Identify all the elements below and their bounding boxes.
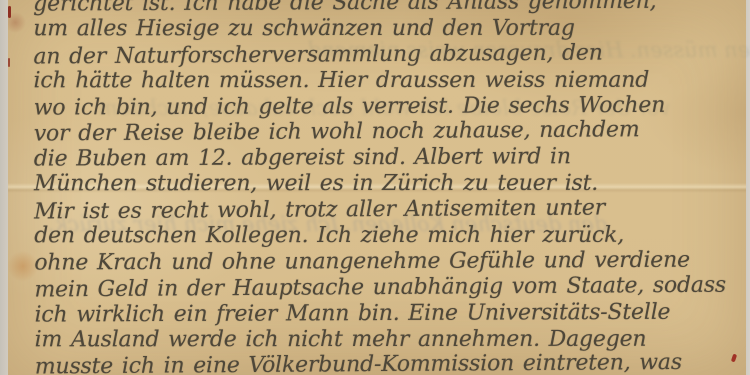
handwriting-line: ohne Krach und ohne unangenehme Gefühle … — [34, 247, 738, 276]
handwriting-line: um alles Hiesige zu schwänzen und den Vo… — [33, 16, 737, 43]
handwriting-line: mein Geld in der Hauptsache unabhängig v… — [34, 272, 738, 303]
handwriting-line: an der Naturforscherversammlung abzusage… — [33, 39, 737, 70]
handwriting-line: Mir ist es recht wohl, trotz aller Antis… — [34, 195, 738, 226]
handwriting-line: musste ich in eine Völkerbund-Kommission… — [35, 350, 739, 375]
handwriting-line: die Buben am 12. abgereist sind. Albert … — [34, 144, 738, 173]
handwriting-line: ich wirklich ein freier Mann bin. Eine U… — [35, 299, 739, 328]
red-ink-speck — [8, 58, 10, 67]
handwriting-block: gerichtet ist. Ich habe die Sache als An… — [33, 0, 739, 375]
handwriting-line: den deutschen Kollegen. Ich ziehe mich h… — [34, 223, 738, 250]
handwriting-line: München studieren, weil es in Zürich zu … — [34, 171, 738, 198]
letter-photo: ich hätte halten müssen. Hier draussen w… — [0, 0, 750, 375]
red-ink-speck — [8, 6, 11, 18]
handwriting-line: vor der Reise bleibe ich wohl noch zuhau… — [34, 117, 738, 148]
letter-paper: ich hätte halten müssen. Hier draussen w… — [8, 0, 746, 375]
handwriting-line: im Ausland werde ich nicht mehr annehmen… — [35, 326, 739, 353]
handwriting-line: ich hätte halten müssen. Hier draussen w… — [34, 67, 738, 94]
